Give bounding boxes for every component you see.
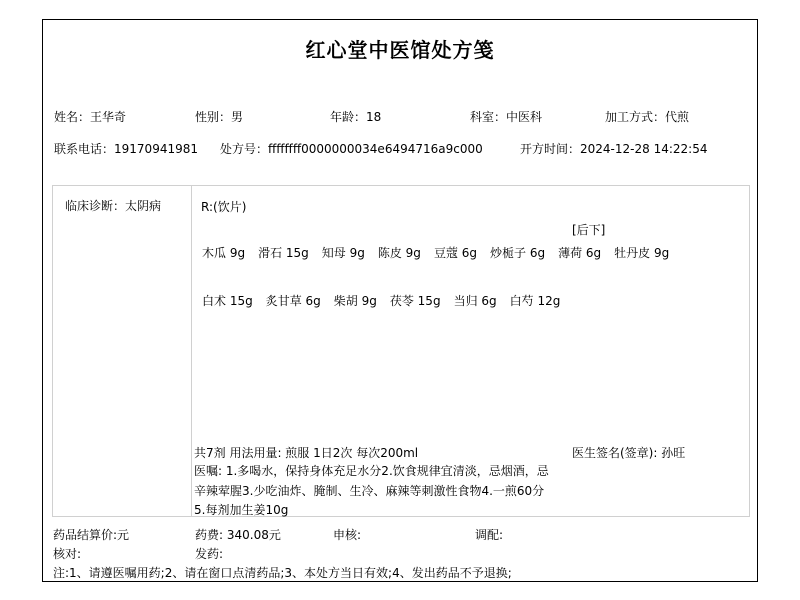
patient-name-field: 姓名：王华奇 — [54, 108, 126, 125]
patient-age-label: 年龄： — [330, 110, 366, 124]
processing-method-field: 加工方式：代煎 — [605, 108, 689, 125]
medical-advice-line: 5.每剂加生姜10g — [194, 501, 549, 521]
diagnosis-value: 太阴病 — [125, 199, 161, 213]
patient-age-value: 18 — [366, 110, 381, 124]
patient-name-label: 姓名： — [54, 110, 90, 124]
rx-cell: R:(饮片) [后下] 木瓜 9g滑石 15g知母 9g陈皮 9g豆蔻 6g炒栀… — [192, 186, 749, 516]
dispense-label: 发药: — [195, 547, 223, 561]
rx-number-value: ffffffff0000000034e6494716a9c000 — [268, 142, 483, 156]
verify-field: 核对: — [53, 545, 81, 562]
clinical-diagnosis: 临床诊断：太阴病 — [65, 197, 161, 214]
doctor-signature: 医生签名(签章): 孙旺 — [572, 444, 685, 461]
rx-header: R:(饮片) — [201, 198, 246, 215]
medical-advice: 医嘱: 1.多喝水，保持身体充足水分2.饮食规律宜清淡，忌烟酒，忌辛辣荤腥3.少… — [194, 462, 549, 521]
phone-label: 联系电话： — [54, 142, 114, 156]
herb-item: 茯苓 15g — [390, 292, 441, 309]
patient-age-field: 年龄：18 — [330, 108, 381, 125]
issue-time-label: 开方时间： — [520, 142, 580, 156]
patient-gender-label: 性别： — [195, 110, 231, 124]
herb-item: 豆蔻 6g — [434, 244, 477, 261]
department-value: 中医科 — [506, 110, 542, 124]
compound-label: 调配: — [475, 528, 503, 542]
settlement-price-value: 元 — [117, 528, 129, 542]
herb-item: 陈皮 9g — [378, 244, 421, 261]
page-title: 红心堂中医馆处方笺 — [43, 34, 757, 63]
phone-field: 联系电话：19170941981 — [54, 140, 198, 157]
patient-gender-value: 男 — [231, 110, 243, 124]
rx-number-field: 处方号：ffffffff0000000034e6494716a9c000 — [220, 140, 483, 157]
compound-field: 调配: — [475, 526, 503, 543]
herb-item: 当归 6g — [454, 292, 497, 309]
issue-time-field: 开方时间：2024-12-28 14:22:54 — [520, 140, 707, 157]
doctor-signature-label: 医生签名(签章): — [572, 446, 661, 460]
decoct-later-note: [后下] — [572, 221, 605, 238]
herb-item: 白术 15g — [202, 292, 253, 309]
verify-label: 核对: — [53, 547, 81, 561]
medical-advice-line: 辛辣荤腥3.少吃油炸、腌制、生冷、麻辣等刺激性食物4.一煎60分 — [194, 482, 549, 502]
herb-item: 木瓜 9g — [202, 244, 245, 261]
processing-method-value: 代煎 — [665, 110, 689, 124]
herb-row-2: 白术 15g炙甘草 6g柴胡 9g茯苓 15g当归 6g白芍 12g — [202, 292, 560, 309]
herb-item: 白芍 12g — [510, 292, 561, 309]
dispense-field: 发药: — [195, 545, 223, 562]
fee-field: 药费: 340.08元 — [195, 526, 281, 543]
diagnosis-cell: 临床诊断：太阴病 — [53, 186, 192, 516]
herb-item: 知母 9g — [322, 244, 365, 261]
herb-item: 炙甘草 6g — [266, 292, 321, 309]
medical-advice-line: 医嘱: 1.多喝水，保持身体充足水分2.饮食规律宜清淡，忌烟酒，忌 — [194, 462, 549, 482]
diagnosis-label: 临床诊断： — [65, 199, 125, 213]
rx-number-label: 处方号： — [220, 142, 268, 156]
fee-label: 药费: — [195, 528, 227, 542]
settlement-price-label: 药品结算价: — [53, 528, 117, 542]
department-field: 科室：中医科 — [470, 108, 542, 125]
phone-value: 19170941981 — [114, 142, 198, 156]
department-label: 科室： — [470, 110, 506, 124]
patient-gender-field: 性别：男 — [195, 108, 243, 125]
footer-note: 注:1、请遵医嘱用药;2、请在窗口点清药品;3、本处方当日有效;4、发出药品不予… — [53, 564, 512, 581]
review-field: 申核: — [333, 526, 361, 543]
patient-name-value: 王华奇 — [90, 110, 126, 124]
doctor-signature-value: 孙旺 — [661, 446, 685, 460]
settlement-price-field: 药品结算价:元 — [53, 526, 129, 543]
herb-item: 炒栀子 6g — [490, 244, 545, 261]
prescription-page: 红心堂中医馆处方笺 姓名：王华奇 性别：男 年龄：18 科室：中医科 加工方式：… — [42, 19, 758, 582]
usage-line: 共7剂 用法用量: 煎服 1日2次 每次200ml — [194, 444, 418, 461]
fee-value: 340.08元 — [227, 528, 281, 542]
processing-method-label: 加工方式： — [605, 110, 665, 124]
herb-row-1: 木瓜 9g滑石 15g知母 9g陈皮 9g豆蔻 6g炒栀子 6g薄荷 6g牡丹皮… — [202, 244, 669, 261]
herb-item: 滑石 15g — [258, 244, 309, 261]
prescription-table: 临床诊断：太阴病 R:(饮片) [后下] 木瓜 9g滑石 15g知母 9g陈皮 … — [52, 185, 750, 517]
review-label: 申核: — [333, 528, 361, 542]
herb-item: 柴胡 9g — [334, 292, 377, 309]
herb-item: 薄荷 6g — [558, 244, 601, 261]
herb-item: 牡丹皮 9g — [614, 244, 669, 261]
issue-time-value: 2024-12-28 14:22:54 — [580, 142, 707, 156]
